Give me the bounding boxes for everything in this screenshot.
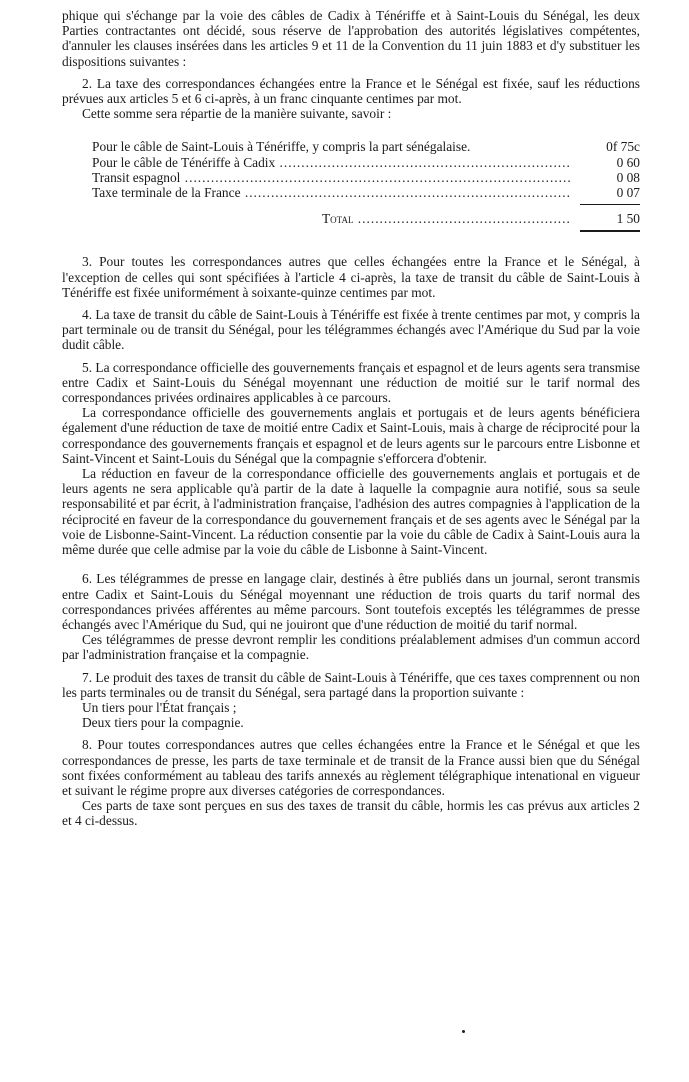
- article-7-list-item: Un tiers pour l'État français ;: [62, 700, 640, 715]
- article-2-paragraph: 2. La taxe des correspondances échangées…: [62, 76, 640, 106]
- intro-paragraph: phique qui s'échange par la voie des câb…: [62, 8, 640, 69]
- document-page: phique qui s'échange par la voie des câb…: [62, 8, 640, 829]
- table-row: Pour le câble de Saint-Louis à Ténériffe…: [92, 139, 640, 154]
- article-3-paragraph: 3. Pour toutes les correspondances autre…: [62, 254, 640, 300]
- article-5-paragraph: 5. La correspondance officielle des gouv…: [62, 360, 640, 406]
- article-5-paragraph: La correspondance officielle des gouvern…: [62, 405, 640, 466]
- article-6-paragraph: Ces télégrammes de presse devront rempli…: [62, 632, 640, 662]
- table-row-label: Pour le câble de Saint-Louis à Ténériffe…: [92, 139, 570, 154]
- tax-distribution-table: Pour le câble de Saint-Louis à Ténériffe…: [92, 139, 640, 232]
- table-row: Taxe terminale de la France 0 07: [92, 185, 640, 200]
- total-amount: 1 50: [570, 211, 640, 226]
- subtotal-rule: [580, 204, 640, 205]
- table-row-label: Pour le câble de Ténériffe à Cadix: [92, 155, 570, 170]
- table-row-amount: 0 07: [570, 185, 640, 200]
- table-row-amount: 0 08: [570, 170, 640, 185]
- article-4-paragraph: 4. La taxe de transit du câble de Saint-…: [62, 307, 640, 353]
- table-row-label: Taxe terminale de la France: [92, 185, 570, 200]
- article-7-paragraph: 7. Le produit des taxes de transit du câ…: [62, 670, 640, 700]
- table-row-amount: 0 60: [570, 155, 640, 170]
- table-row: Transit espagnol 0 08: [92, 170, 640, 185]
- print-speck: [462, 1030, 465, 1033]
- article-2-table-intro: Cette somme sera répartie de la manière …: [62, 106, 640, 121]
- table-row-label: Transit espagnol: [92, 170, 570, 185]
- table-row: Pour le câble de Ténériffe à Cadix 0 60: [92, 155, 640, 170]
- article-7-list-item: Deux tiers pour la compagnie.: [62, 715, 640, 730]
- article-8-paragraph: Ces parts de taxe sont perçues en sus de…: [62, 798, 640, 828]
- total-row: Total 1 50: [92, 211, 640, 226]
- article-8-paragraph: 8. Pour toutes correspondances autres qu…: [62, 737, 640, 798]
- total-label: Total: [322, 211, 570, 226]
- table-row-amount: 0f 75c: [570, 139, 640, 154]
- article-5-paragraph: La réduction en faveur de la corresponda…: [62, 466, 640, 557]
- total-rule: [580, 230, 640, 232]
- article-6-paragraph: 6. Les télégrammes de presse en langage …: [62, 571, 640, 632]
